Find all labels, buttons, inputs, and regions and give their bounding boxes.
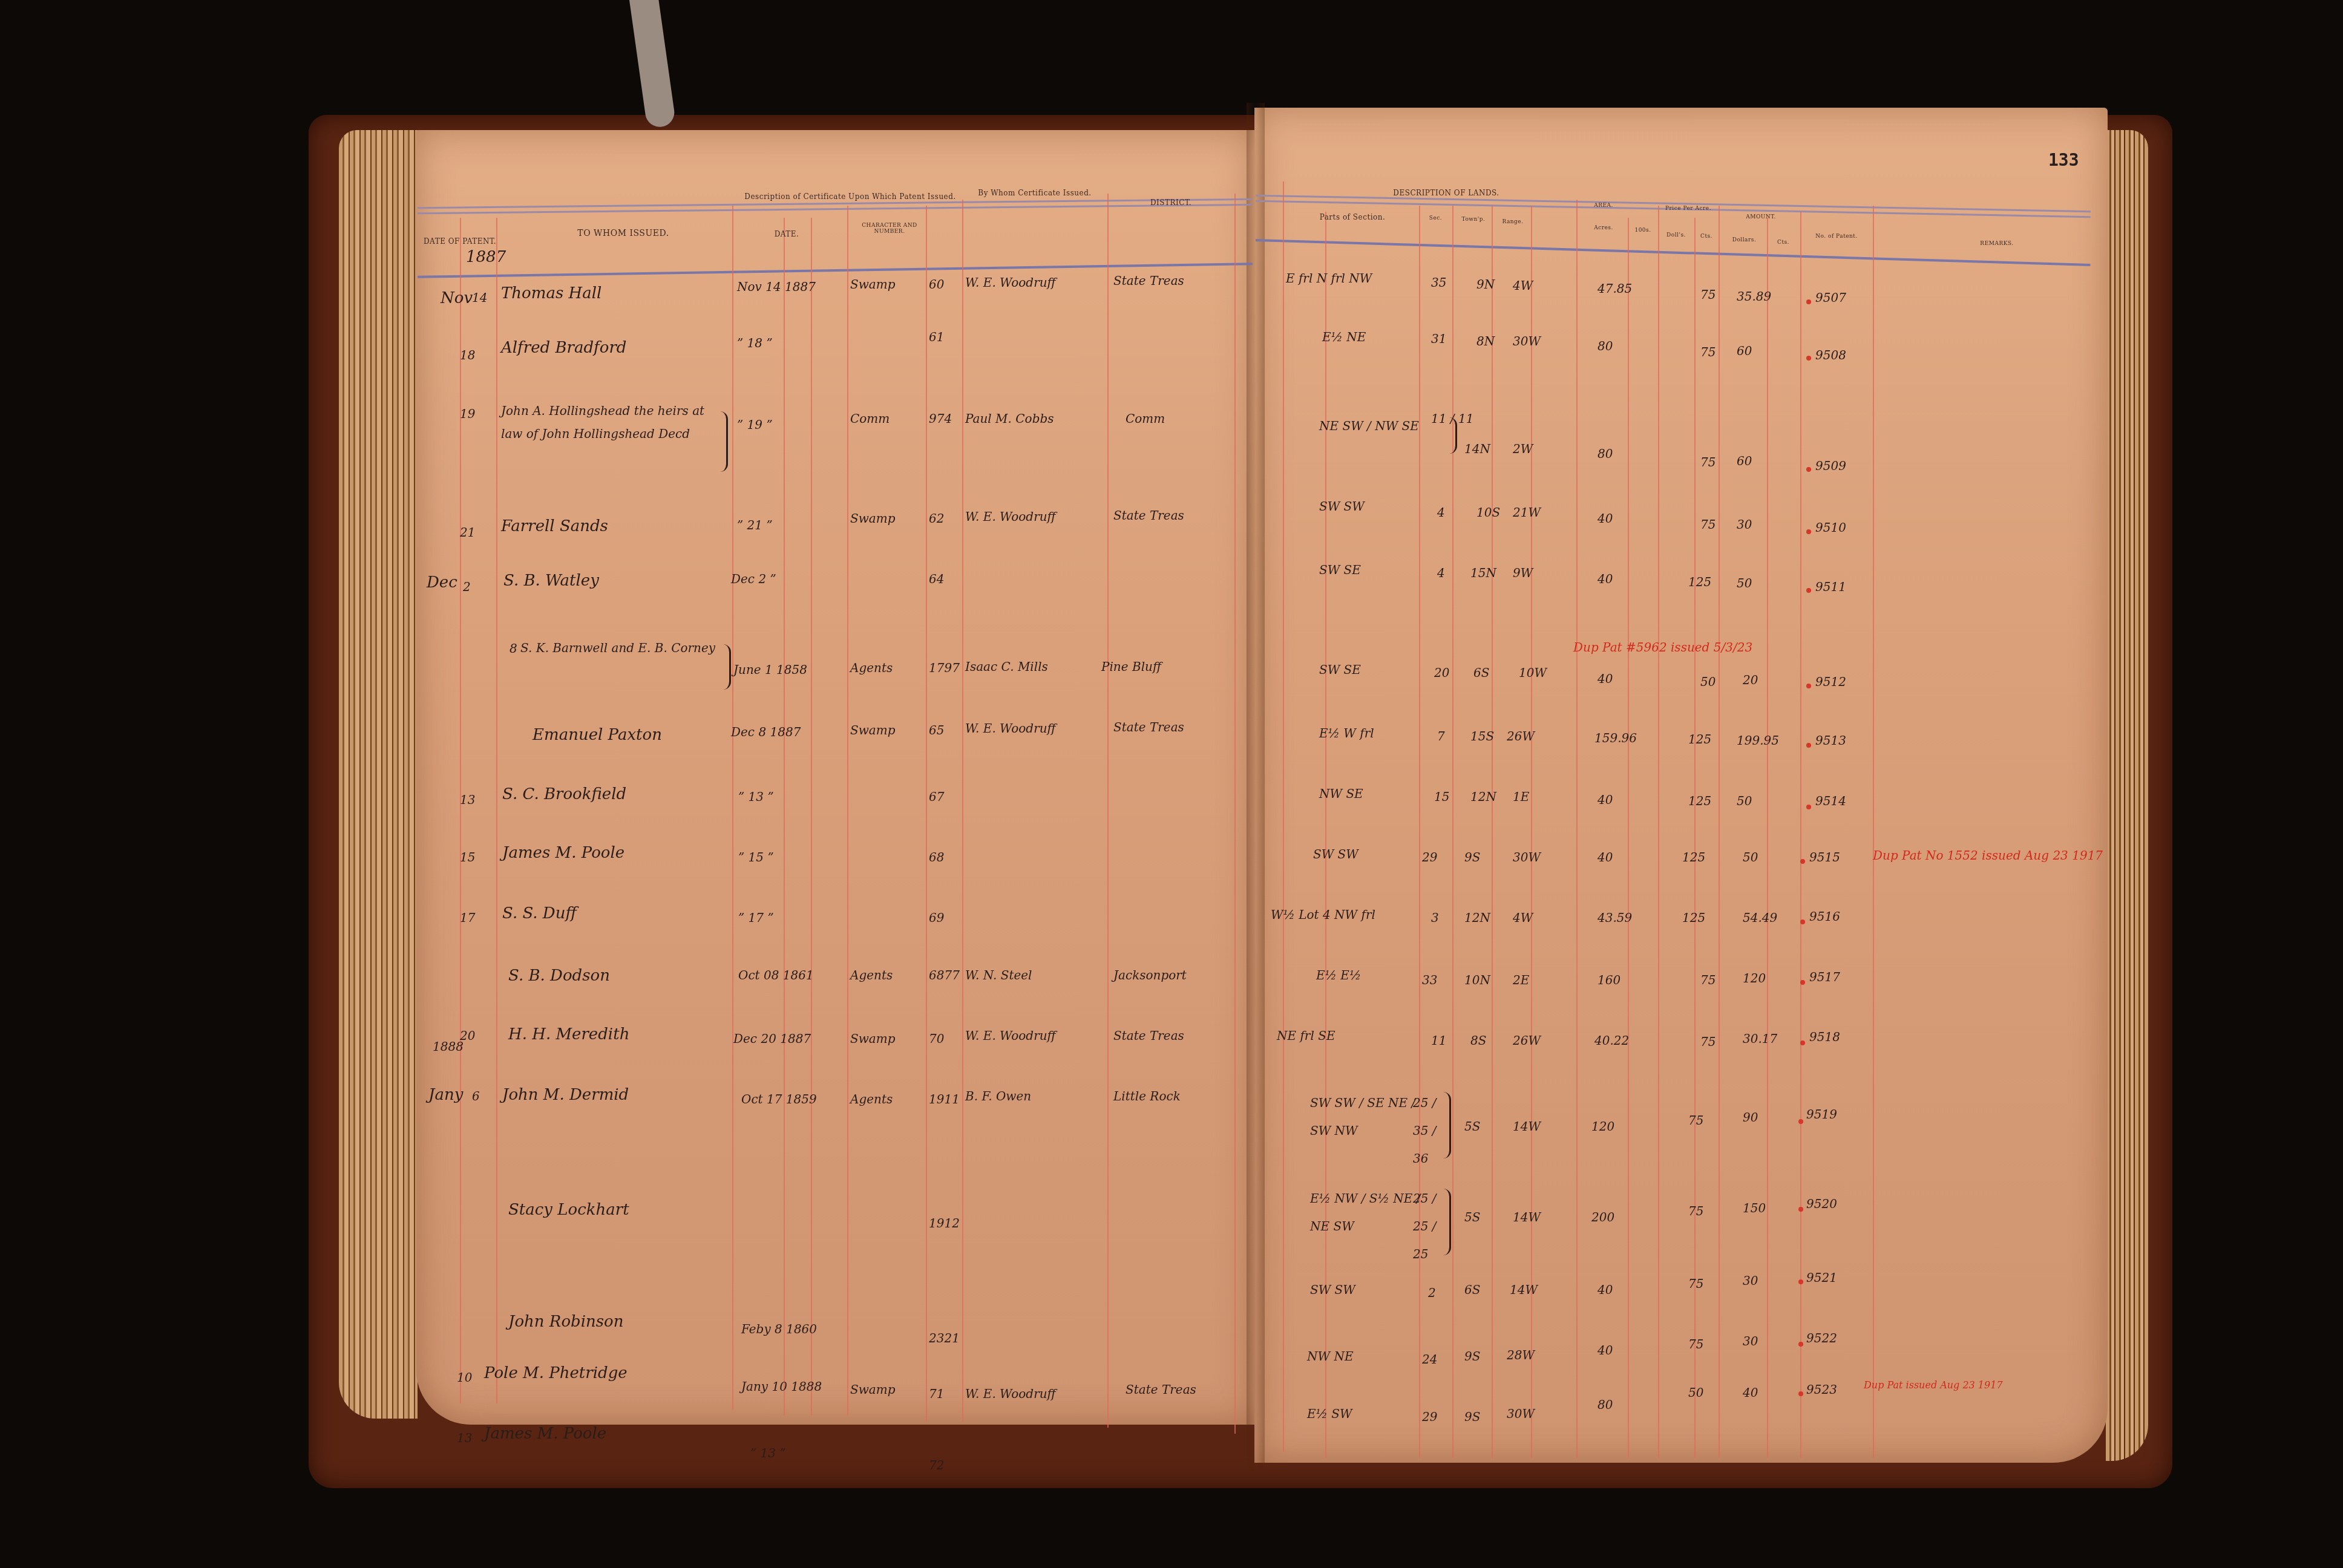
header-district: DISTRICT. bbox=[1126, 198, 1216, 207]
land-acres: 40 bbox=[1597, 572, 1613, 586]
entry-day: 8 bbox=[510, 641, 517, 656]
land-range: 26W bbox=[1513, 1033, 1541, 1048]
land-sec: 29 bbox=[1422, 1410, 1437, 1424]
entry-day: 21 bbox=[460, 525, 475, 540]
entry-name: Emanuel Paxton bbox=[532, 726, 662, 744]
remark-red-annotation: Dup Pat issued Aug 23 1917 bbox=[1864, 1379, 2003, 1391]
land-acres: 43.59 bbox=[1597, 910, 1632, 925]
red-dot-marker bbox=[1800, 859, 1805, 864]
land-parts: E frl N frl NW bbox=[1286, 271, 1372, 286]
remark-red-annotation: Dup Pat #5962 issued 5/3/23 bbox=[1573, 640, 1752, 655]
column-divider bbox=[1800, 212, 1801, 1458]
left-page bbox=[416, 130, 1254, 1425]
land-range: 9W bbox=[1513, 566, 1533, 580]
entry-character: Comm bbox=[850, 411, 890, 426]
entry-by-whom: Paul M. Cobbs bbox=[965, 411, 1054, 426]
red-dot-marker bbox=[1806, 529, 1811, 534]
page-number: 133 bbox=[2048, 150, 2079, 170]
column-divider bbox=[1767, 218, 1768, 1458]
land-township: 5S bbox=[1464, 1210, 1480, 1224]
land-range: 14W bbox=[1510, 1282, 1538, 1297]
land-amount: 54.49 bbox=[1743, 910, 1777, 925]
entry-cert-date: Feby 8 1860 bbox=[741, 1322, 817, 1336]
land-price: 75 bbox=[1688, 1113, 1703, 1128]
header-range: Range. bbox=[1495, 219, 1531, 225]
entry-cert-date: Oct 17 1859 bbox=[741, 1092, 817, 1106]
header-hundredths: 100s. bbox=[1629, 227, 1657, 234]
entry-name: Thomas Hall bbox=[501, 284, 601, 302]
grouping-brace bbox=[1449, 417, 1457, 454]
land-amount: 120 bbox=[1743, 971, 1766, 985]
land-range: 21W bbox=[1513, 505, 1541, 520]
land-price: 75 bbox=[1700, 517, 1715, 532]
land-acres: 40.22 bbox=[1594, 1033, 1629, 1048]
header-amount-dollars: Dollars. bbox=[1722, 237, 1767, 243]
land-price: 75 bbox=[1688, 1337, 1703, 1351]
land-sec: 4 bbox=[1437, 566, 1445, 580]
land-price: 125 bbox=[1688, 794, 1711, 808]
land-price: 125 bbox=[1688, 575, 1711, 589]
entry-name: S. B. Dodson bbox=[508, 967, 610, 985]
header-date-of-patent: DATE OF PATENT. bbox=[418, 237, 502, 246]
entry-by-whom: W. E. Woodruff bbox=[965, 509, 1056, 524]
red-dot-marker bbox=[1800, 980, 1805, 985]
land-amount: 150 bbox=[1743, 1201, 1766, 1215]
land-amount: 199.95 bbox=[1737, 733, 1779, 748]
land-price: 75 bbox=[1700, 287, 1715, 302]
land-township: 5S bbox=[1464, 1119, 1480, 1134]
entry-name: S. C. Brookfield bbox=[502, 785, 626, 803]
land-range: 30W bbox=[1513, 334, 1541, 348]
column-divider bbox=[460, 218, 461, 1403]
patent-number: 9512 bbox=[1815, 675, 1846, 689]
land-price: 125 bbox=[1682, 850, 1705, 864]
land-range: 1E bbox=[1513, 789, 1529, 804]
entry-name: S. K. Barnwell and E. B. Corney bbox=[520, 635, 720, 661]
land-acres: 40 bbox=[1597, 1343, 1613, 1357]
remark-red-annotation: Dup Pat No 1552 issued Aug 23 1917 bbox=[1873, 848, 2103, 863]
column-divider bbox=[1419, 206, 1420, 1458]
bookmark-ribbon bbox=[629, 0, 676, 129]
land-amount: 60 bbox=[1737, 454, 1752, 468]
red-dot-marker bbox=[1798, 1119, 1803, 1124]
entry-district: State Treas bbox=[1113, 508, 1184, 523]
land-acres: 80 bbox=[1597, 1397, 1613, 1412]
entry-month: Dec bbox=[427, 573, 457, 592]
land-acres: 40 bbox=[1597, 671, 1613, 686]
column-divider bbox=[847, 206, 848, 1416]
header-certificate-description: Description of Certificate Upon Which Pa… bbox=[741, 192, 959, 201]
entry-number: 1797 bbox=[929, 661, 960, 675]
patent-number: 9517 bbox=[1809, 970, 1840, 984]
land-range: 28W bbox=[1507, 1348, 1535, 1362]
header-area: AREA. bbox=[1579, 203, 1628, 209]
land-township: 9S bbox=[1464, 1410, 1480, 1424]
header-remarks: REMARKS. bbox=[1936, 241, 2057, 247]
entry-district: State Treas bbox=[1113, 1028, 1184, 1043]
entry-name: John M. Dermid bbox=[502, 1086, 629, 1104]
land-price: 75 bbox=[1700, 345, 1715, 359]
land-amount: 40 bbox=[1743, 1385, 1758, 1400]
column-divider bbox=[496, 218, 497, 1403]
column-divider bbox=[1452, 206, 1453, 1458]
patent-number: 9516 bbox=[1809, 909, 1840, 924]
entry-name: John A. Hollingshead the heirs at law of… bbox=[501, 399, 707, 445]
land-acres: 80 bbox=[1597, 339, 1613, 353]
land-parts: E½ NE bbox=[1322, 330, 1366, 344]
land-township: 14N bbox=[1464, 442, 1490, 456]
entry-name: S. B. Watley bbox=[503, 572, 599, 590]
entry-number: 62 bbox=[929, 511, 944, 526]
header-price-cts: Cts. bbox=[1694, 234, 1719, 240]
header-price-per-acre: Price Per Acre. bbox=[1658, 206, 1719, 212]
land-acres: 40 bbox=[1597, 511, 1613, 526]
entry-district: State Treas bbox=[1113, 720, 1184, 734]
entry-cert-date: ” 13 ” bbox=[750, 1446, 786, 1460]
entry-district: State Treas bbox=[1126, 1382, 1196, 1397]
red-dot-marker bbox=[1806, 467, 1811, 472]
entry-day: 18 bbox=[460, 348, 475, 362]
entry-cert-date: Dec 8 1887 bbox=[731, 725, 801, 739]
land-acres: 40 bbox=[1597, 850, 1613, 864]
land-parts: SW SE bbox=[1319, 662, 1361, 677]
entry-number: 71 bbox=[929, 1387, 944, 1401]
land-range: 14W bbox=[1513, 1210, 1541, 1224]
entry-cert-date: June 1 1858 bbox=[733, 662, 807, 677]
red-dot-marker bbox=[1806, 299, 1811, 304]
column-divider bbox=[732, 206, 733, 1410]
entry-character: Agents bbox=[850, 1092, 893, 1106]
land-amount: 60 bbox=[1737, 344, 1752, 358]
land-range: 2E bbox=[1513, 973, 1529, 987]
entry-district: Pine Bluff bbox=[1101, 659, 1161, 674]
land-sec: 20 bbox=[1434, 665, 1449, 680]
red-dot-marker bbox=[1806, 805, 1811, 809]
entry-character: Swamp bbox=[850, 277, 896, 292]
land-acres: 47.85 bbox=[1597, 281, 1632, 296]
entry-name: H. H. Meredith bbox=[508, 1025, 629, 1044]
patent-number: 9509 bbox=[1815, 459, 1846, 473]
header-cert-date: DATE. bbox=[750, 230, 823, 238]
entry-number: 1912 bbox=[929, 1216, 960, 1230]
patent-number: 9522 bbox=[1806, 1331, 1837, 1345]
patent-number: 9514 bbox=[1815, 794, 1846, 808]
entry-by-whom: Isaac C. Mills bbox=[965, 659, 1048, 674]
land-amount: 50 bbox=[1737, 794, 1752, 808]
land-sec: 15 bbox=[1434, 789, 1449, 804]
land-range: 4W bbox=[1513, 278, 1533, 293]
column-divider bbox=[1658, 206, 1659, 1458]
land-range: 2W bbox=[1513, 442, 1533, 456]
land-township: 15S bbox=[1470, 729, 1494, 743]
entry-month: Jany bbox=[428, 1086, 463, 1104]
entry-cert-date: Nov 14 1887 bbox=[737, 279, 816, 294]
header-amount-cts: Cts. bbox=[1768, 240, 1798, 246]
entry-day: 6 bbox=[472, 1089, 480, 1103]
entry-cert-date: ” 17 ” bbox=[738, 910, 774, 925]
column-divider bbox=[811, 218, 812, 1416]
entry-name: Alfred Bradford bbox=[501, 339, 626, 357]
column-divider bbox=[1531, 206, 1532, 1458]
patent-number: 9510 bbox=[1815, 520, 1846, 535]
entry-name: John Robinson bbox=[508, 1313, 624, 1331]
entry-cert-date: Dec 2 ” bbox=[731, 572, 776, 586]
entry-day: 20 bbox=[460, 1028, 475, 1043]
header-township: Town'p. bbox=[1455, 217, 1492, 223]
land-township: 9N bbox=[1476, 277, 1495, 292]
entry-number: 2321 bbox=[929, 1331, 960, 1345]
entry-district: Little Rock bbox=[1113, 1089, 1181, 1103]
entry-day: 17 bbox=[460, 910, 475, 925]
land-price: 75 bbox=[1700, 973, 1715, 987]
land-amount: 30 bbox=[1743, 1334, 1758, 1348]
entry-name: S. S. Duff bbox=[502, 904, 577, 923]
header-to-whom-issued: TO WHOM ISSUED. bbox=[532, 229, 714, 238]
land-price: 50 bbox=[1688, 1385, 1703, 1400]
land-acres: 160 bbox=[1597, 973, 1620, 987]
land-township: 8S bbox=[1470, 1033, 1486, 1048]
patent-number: 9521 bbox=[1806, 1270, 1837, 1285]
entry-cert-date: Jany 10 1888 bbox=[741, 1379, 822, 1394]
year-label: 1888 bbox=[433, 1039, 464, 1054]
entry-character: Agents bbox=[850, 661, 893, 675]
land-parts: W½ Lot 4 NW frl bbox=[1271, 907, 1375, 922]
year-label: 1887 bbox=[466, 248, 506, 266]
land-parts: SW SW bbox=[1310, 1282, 1355, 1297]
land-price: 75 bbox=[1700, 1034, 1715, 1049]
land-range: 30W bbox=[1507, 1406, 1535, 1421]
entry-number: 70 bbox=[929, 1031, 944, 1046]
red-dot-marker bbox=[1806, 356, 1811, 361]
red-dot-marker bbox=[1798, 1391, 1803, 1396]
entry-number: 64 bbox=[929, 572, 944, 586]
entry-name: James M. Poole bbox=[484, 1425, 606, 1443]
land-amount: 20 bbox=[1743, 673, 1758, 687]
entry-number: 6877 bbox=[929, 968, 960, 982]
column-divider bbox=[1873, 206, 1874, 1458]
entry-day: 2 bbox=[463, 580, 471, 594]
land-township: 15N bbox=[1470, 566, 1496, 580]
land-parts: NW SE bbox=[1319, 786, 1363, 801]
land-price: 125 bbox=[1688, 732, 1711, 746]
entry-character: Agents bbox=[850, 968, 893, 982]
header-amount: AMOUNT. bbox=[1722, 214, 1800, 220]
land-parts: E½ E½ bbox=[1316, 968, 1361, 982]
entry-by-whom: W. E. Woodruff bbox=[965, 1028, 1056, 1043]
land-acres: 40 bbox=[1597, 792, 1613, 807]
land-township: 9S bbox=[1464, 1349, 1480, 1364]
red-dot-marker bbox=[1806, 588, 1811, 593]
entry-day: 15 bbox=[460, 850, 475, 864]
entry-number: 1911 bbox=[929, 1092, 960, 1106]
land-acres: 159.96 bbox=[1594, 731, 1637, 745]
header-price-dolls: Doll's. bbox=[1659, 232, 1693, 238]
column-divider bbox=[1576, 200, 1578, 1458]
grouping-brace bbox=[723, 644, 731, 690]
entry-character: Swamp bbox=[850, 1031, 896, 1046]
grouping-brace bbox=[720, 411, 728, 472]
right-page bbox=[1254, 108, 2108, 1463]
entry-district: Comm bbox=[1126, 411, 1165, 426]
land-acres: 200 bbox=[1591, 1210, 1614, 1224]
land-amount: 30 bbox=[1737, 517, 1752, 532]
land-township: 9S bbox=[1464, 850, 1480, 864]
patent-number: 9520 bbox=[1806, 1197, 1837, 1211]
land-range: 30W bbox=[1513, 850, 1541, 864]
entry-number: 61 bbox=[929, 330, 944, 344]
entry-number: 65 bbox=[929, 723, 944, 737]
land-amount: 50 bbox=[1743, 850, 1758, 864]
patent-number: 9518 bbox=[1809, 1030, 1840, 1044]
patent-number: 9511 bbox=[1815, 580, 1846, 594]
book-gutter bbox=[1247, 103, 1265, 1470]
entry-month: Nov bbox=[441, 289, 473, 307]
column-divider bbox=[926, 206, 927, 1422]
grouping-brace bbox=[1443, 1189, 1451, 1255]
column-divider bbox=[962, 200, 963, 1422]
land-price: 75 bbox=[1688, 1276, 1703, 1291]
land-range: 10W bbox=[1519, 665, 1547, 680]
land-parts: SW SW bbox=[1319, 499, 1365, 514]
red-dot-marker bbox=[1806, 684, 1811, 688]
land-township: 6S bbox=[1464, 1282, 1480, 1297]
land-price: 125 bbox=[1682, 910, 1705, 925]
column-divider bbox=[1234, 194, 1236, 1434]
red-dot-marker bbox=[1798, 1279, 1803, 1284]
patent-number: 9523 bbox=[1806, 1382, 1837, 1397]
land-range: 4W bbox=[1513, 910, 1533, 925]
column-divider bbox=[1694, 218, 1696, 1458]
land-sec: 24 bbox=[1422, 1352, 1437, 1367]
land-township: 8N bbox=[1476, 334, 1495, 348]
land-sec: 25 / 35 / 36 bbox=[1413, 1089, 1437, 1172]
entry-by-whom: W. E. Woodruff bbox=[965, 1387, 1056, 1401]
entry-by-whom: W. E. Woodruff bbox=[965, 275, 1056, 290]
land-sec: 7 bbox=[1437, 729, 1445, 743]
land-price: 75 bbox=[1688, 1204, 1703, 1218]
column-divider bbox=[1325, 212, 1326, 1458]
red-dot-marker bbox=[1800, 920, 1805, 924]
header-acres: Acres. bbox=[1579, 225, 1628, 231]
column-divider bbox=[784, 218, 785, 1416]
red-dot-marker bbox=[1800, 1040, 1805, 1045]
land-parts: NW NE bbox=[1307, 1349, 1354, 1364]
left-page-edges bbox=[339, 130, 418, 1419]
header-description-of-lands: DESCRIPTION OF LANDS. bbox=[1325, 189, 1567, 197]
land-amount: 30 bbox=[1743, 1273, 1758, 1288]
entry-cert-date: ” 18 ” bbox=[737, 336, 773, 350]
header-parts-of-section: Parts of Section. bbox=[1289, 213, 1416, 221]
land-parts: E½ W frl bbox=[1319, 726, 1374, 740]
entry-by-whom: W. N. Steel bbox=[965, 968, 1032, 982]
land-range: 26W bbox=[1507, 729, 1535, 743]
land-sec: 3 bbox=[1431, 910, 1439, 925]
land-parts: NE SW / NW SE bbox=[1319, 411, 1419, 440]
entry-number: 67 bbox=[929, 789, 944, 804]
column-divider bbox=[1283, 181, 1284, 1452]
land-parts: SW SE bbox=[1319, 563, 1361, 577]
land-sec: 31 bbox=[1431, 332, 1446, 346]
land-amount: 30.17 bbox=[1743, 1031, 1777, 1046]
entry-character: Swamp bbox=[850, 1382, 896, 1397]
entry-cert-date: ” 15 ” bbox=[738, 850, 774, 864]
patent-number: 9507 bbox=[1815, 290, 1846, 305]
entry-name: James M. Poole bbox=[502, 844, 624, 862]
land-range: 14W bbox=[1513, 1119, 1541, 1134]
land-township: 10S bbox=[1476, 505, 1500, 520]
right-page-edges bbox=[2106, 130, 2148, 1461]
entry-cert-date: ” 13 ” bbox=[738, 789, 774, 804]
header-by-whom: By Whom Certificate Issued. bbox=[968, 189, 1101, 197]
header-no-of-patent: No. of Patent. bbox=[1803, 234, 1870, 240]
entry-name: Pole M. Phetridge bbox=[484, 1364, 628, 1382]
entry-district: State Treas bbox=[1113, 273, 1184, 288]
entry-number: 72 bbox=[929, 1458, 944, 1472]
entry-day: 14 bbox=[472, 290, 487, 305]
land-township: 12N bbox=[1470, 789, 1496, 804]
header-character-number: CHARACTER AND NUMBER. bbox=[847, 223, 932, 235]
land-sec: 33 bbox=[1422, 973, 1437, 987]
land-amount: 90 bbox=[1743, 1110, 1758, 1125]
land-sec: 11 bbox=[1431, 1033, 1446, 1048]
land-sec: 29 bbox=[1422, 850, 1437, 864]
entry-cert-date: ” 19 ” bbox=[737, 417, 773, 432]
land-price: 75 bbox=[1700, 455, 1715, 469]
land-sec: 35 bbox=[1431, 275, 1446, 290]
land-township: 6S bbox=[1473, 665, 1489, 680]
land-acres: 120 bbox=[1591, 1119, 1614, 1134]
entry-cert-date: ” 21 ” bbox=[737, 518, 773, 532]
patent-number: 9519 bbox=[1806, 1107, 1837, 1122]
land-sec: 2 bbox=[1428, 1285, 1436, 1300]
entry-character: Swamp bbox=[850, 511, 896, 526]
red-dot-marker bbox=[1798, 1342, 1803, 1347]
entry-number: 60 bbox=[929, 277, 944, 292]
entry-name: Farrell Sands bbox=[501, 517, 608, 535]
land-parts: SW SW bbox=[1313, 847, 1358, 861]
column-divider bbox=[1628, 218, 1629, 1458]
entry-number: 68 bbox=[929, 850, 944, 864]
patent-number: 9513 bbox=[1815, 733, 1846, 748]
land-acres: 40 bbox=[1597, 1282, 1613, 1297]
red-dot-marker bbox=[1798, 1207, 1803, 1212]
land-sec: 25 / 25 / 25 bbox=[1413, 1184, 1437, 1268]
land-price: 50 bbox=[1700, 675, 1715, 689]
entry-number: 69 bbox=[929, 910, 944, 925]
entry-day: 19 bbox=[460, 407, 475, 421]
land-amount: 35.89 bbox=[1737, 289, 1771, 304]
land-sec: 4 bbox=[1437, 505, 1445, 520]
column-divider bbox=[1719, 206, 1720, 1458]
entry-character: Swamp bbox=[850, 723, 896, 737]
land-parts: E½ SW bbox=[1307, 1406, 1352, 1421]
entry-day: 13 bbox=[460, 792, 475, 807]
patent-number: 9508 bbox=[1815, 348, 1846, 362]
entry-by-whom: W. E. Woodruff bbox=[965, 721, 1056, 736]
land-parts: NE frl SE bbox=[1277, 1028, 1335, 1043]
patent-number: 9515 bbox=[1809, 850, 1840, 864]
entry-number: 974 bbox=[929, 411, 952, 426]
entry-name: Stacy Lockhart bbox=[508, 1201, 629, 1219]
land-township: 12N bbox=[1464, 910, 1490, 925]
entry-day: 10 bbox=[457, 1370, 472, 1385]
entry-district: Jacksonport bbox=[1113, 968, 1187, 982]
grouping-brace bbox=[1443, 1092, 1451, 1158]
land-township: 10N bbox=[1464, 973, 1490, 987]
land-acres: 80 bbox=[1597, 446, 1613, 461]
entry-day: 13 bbox=[457, 1431, 472, 1445]
header-sec: Sec. bbox=[1422, 215, 1449, 221]
